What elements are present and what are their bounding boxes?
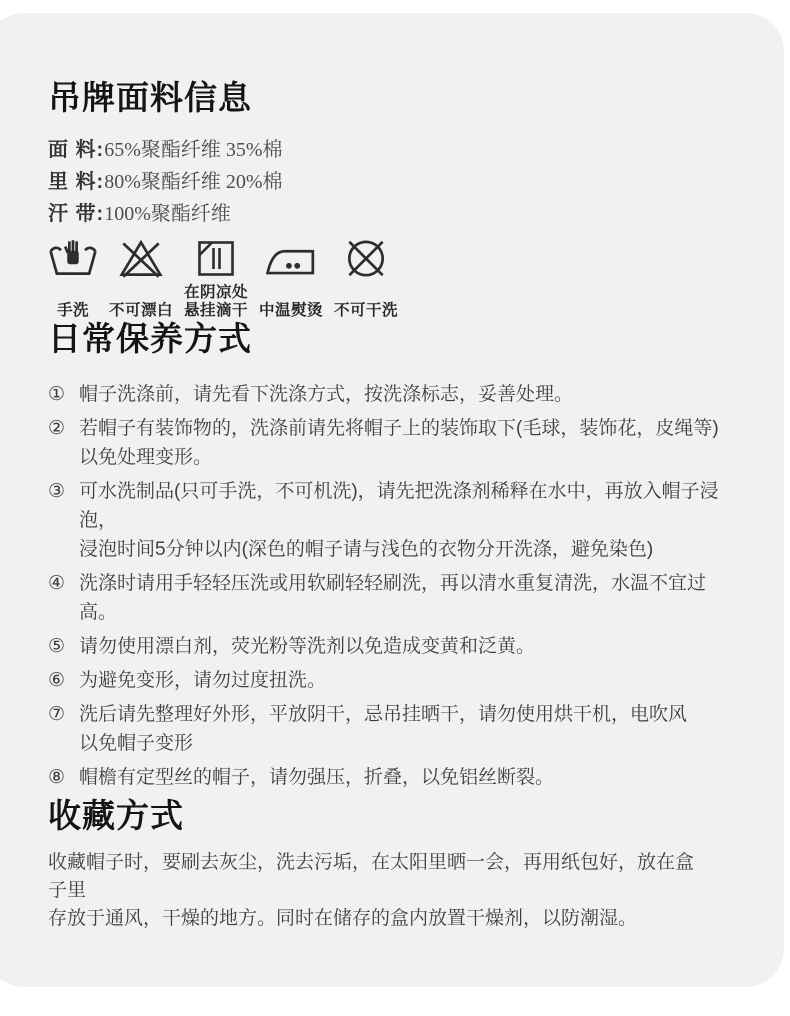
fabric-section-title: 吊牌面料信息 bbox=[48, 79, 739, 117]
care-symbol-label: 不可漂白 bbox=[109, 280, 173, 320]
care-list-item: ⑥ 为避免变形，请勿过度扭洗。 bbox=[48, 666, 739, 695]
wash-care-icons-row: 手洗 不可漂白 在 bbox=[48, 236, 739, 320]
item-number: ⑦ bbox=[48, 700, 79, 758]
storage-section: 收藏方式 收藏帽子时，要刷去灰尘，洗去污垢，在太阳里晒一会，再用纸包好，放在盒子… bbox=[48, 797, 739, 933]
care-list-item: ③ 可水洗制品(只可手洗，不可机洗)，请先把洗涤剂稀释在水中，再放入帽子浸泡， … bbox=[48, 477, 739, 564]
care-symbol-no-dry-clean: 不可干洗 bbox=[334, 236, 398, 320]
care-list-item: ② 若帽子有装饰物的，洗涤前请先将帽子上的装饰取下(毛球，装饰花，皮绳等) 以免… bbox=[48, 414, 739, 472]
item-number: ⑥ bbox=[48, 666, 79, 695]
fabric-line-sweatband: 汗 带:100%聚酯纤维 bbox=[48, 198, 739, 230]
fabric-info-section: 吊牌面料信息 面 料:65%聚酯纤维 35%棉 里 料:80%聚酯纤维 20%棉… bbox=[48, 79, 739, 320]
fabric-value: 100%聚酯纤维 bbox=[104, 203, 231, 225]
care-symbol-drip-dry-shade: 在阴凉处 悬挂滴干 bbox=[184, 236, 248, 320]
item-text: 洗后请先整理好外形，平放阴干，忌吊挂晒干，请勿使用烘干机，电吹风 以免帽子变形 bbox=[79, 700, 739, 758]
fabric-label: 汗 带: bbox=[48, 203, 104, 225]
item-number: ⑤ bbox=[48, 632, 79, 661]
no-dry-clean-icon bbox=[341, 236, 391, 280]
item-text: 请勿使用漂白剂，荧光粉等洗剂以免造成变黄和泛黄。 bbox=[79, 632, 739, 661]
item-text: 可水洗制品(只可手洗，不可机洗)，请先把洗涤剂稀释在水中，再放入帽子浸泡， 浸泡… bbox=[79, 477, 739, 564]
item-text: 洗涤时请用手轻轻压洗或用软刷轻轻刷洗，再以清水重复清洗，水温不宜过高。 bbox=[79, 569, 739, 627]
care-symbol-hand-wash: 手洗 bbox=[48, 236, 98, 320]
item-text: 帽子洗涤前，请先看下洗涤方式，按洗涤标志，妥善处理。 bbox=[79, 380, 739, 409]
item-number: ④ bbox=[48, 569, 79, 627]
storage-title: 收藏方式 bbox=[48, 797, 739, 835]
storage-text: 收藏帽子时，要刷去灰尘，洗去污垢，在太阳里晒一会，再用纸包好，放在盒子里 存放于… bbox=[48, 849, 694, 933]
care-info-card: 吊牌面料信息 面 料:65%聚酯纤维 35%棉 里 料:80%聚酯纤维 20%棉… bbox=[0, 13, 784, 987]
fabric-value: 65%聚酯纤维 35%棉 bbox=[104, 139, 282, 161]
care-list-item: ④ 洗涤时请用手轻轻压洗或用软刷轻轻刷洗，再以清水重复清洗，水温不宜过高。 bbox=[48, 569, 739, 627]
iron-medium-temp-icon bbox=[265, 236, 317, 280]
care-symbol-label: 手洗 bbox=[57, 280, 89, 320]
care-symbol-iron-medium: 中温熨烫 bbox=[259, 236, 323, 320]
item-number: ① bbox=[48, 380, 79, 409]
no-bleach-icon bbox=[116, 236, 166, 280]
daily-care-list: ① 帽子洗涤前，请先看下洗涤方式，按洗涤标志，妥善处理。 ② 若帽子有装饰物的，… bbox=[48, 380, 739, 792]
item-text: 为避免变形，请勿过度扭洗。 bbox=[79, 666, 739, 695]
item-number: ② bbox=[48, 414, 79, 472]
care-symbol-label: 中温熨烫 bbox=[259, 280, 323, 320]
fabric-label: 里 料: bbox=[48, 171, 104, 193]
care-list-item: ⑦ 洗后请先整理好外形，平放阴干，忌吊挂晒干，请勿使用烘干机，电吹风 以免帽子变… bbox=[48, 700, 739, 758]
daily-care-title: 日常保养方式 bbox=[48, 320, 739, 358]
daily-care-section: 日常保养方式 ① 帽子洗涤前，请先看下洗涤方式，按洗涤标志，妥善处理。 ② 若帽… bbox=[48, 320, 739, 792]
care-list-item: ① 帽子洗涤前，请先看下洗涤方式，按洗涤标志，妥善处理。 bbox=[48, 380, 739, 409]
fabric-composition-list: 面 料:65%聚酯纤维 35%棉 里 料:80%聚酯纤维 20%棉 汗 带:10… bbox=[48, 134, 739, 230]
care-symbol-label: 不可干洗 bbox=[334, 280, 398, 320]
item-text: 帽檐有定型丝的帽子，请勿强压，折叠，以免铝丝断裂。 bbox=[79, 763, 739, 792]
drip-dry-in-shade-icon bbox=[193, 236, 239, 280]
care-list-item: ⑧ 帽檐有定型丝的帽子，请勿强压，折叠，以免铝丝断裂。 bbox=[48, 763, 739, 792]
item-text: 若帽子有装饰物的，洗涤前请先将帽子上的装饰取下(毛球，装饰花，皮绳等) 以免处理… bbox=[79, 414, 739, 472]
fabric-value: 80%聚酯纤维 20%棉 bbox=[104, 171, 282, 193]
care-list-item: ⑤ 请勿使用漂白剂，荧光粉等洗剂以免造成变黄和泛黄。 bbox=[48, 632, 739, 661]
item-number: ③ bbox=[48, 477, 79, 564]
fabric-label: 面 料: bbox=[48, 139, 104, 161]
care-symbol-no-bleach: 不可漂白 bbox=[109, 236, 173, 320]
care-symbol-label: 在阴凉处 悬挂滴干 bbox=[184, 280, 248, 320]
fabric-line-shell: 面 料:65%聚酯纤维 35%棉 bbox=[48, 134, 739, 166]
fabric-line-lining: 里 料:80%聚酯纤维 20%棉 bbox=[48, 166, 739, 198]
hand-wash-icon bbox=[48, 236, 98, 280]
item-number: ⑧ bbox=[48, 763, 79, 792]
